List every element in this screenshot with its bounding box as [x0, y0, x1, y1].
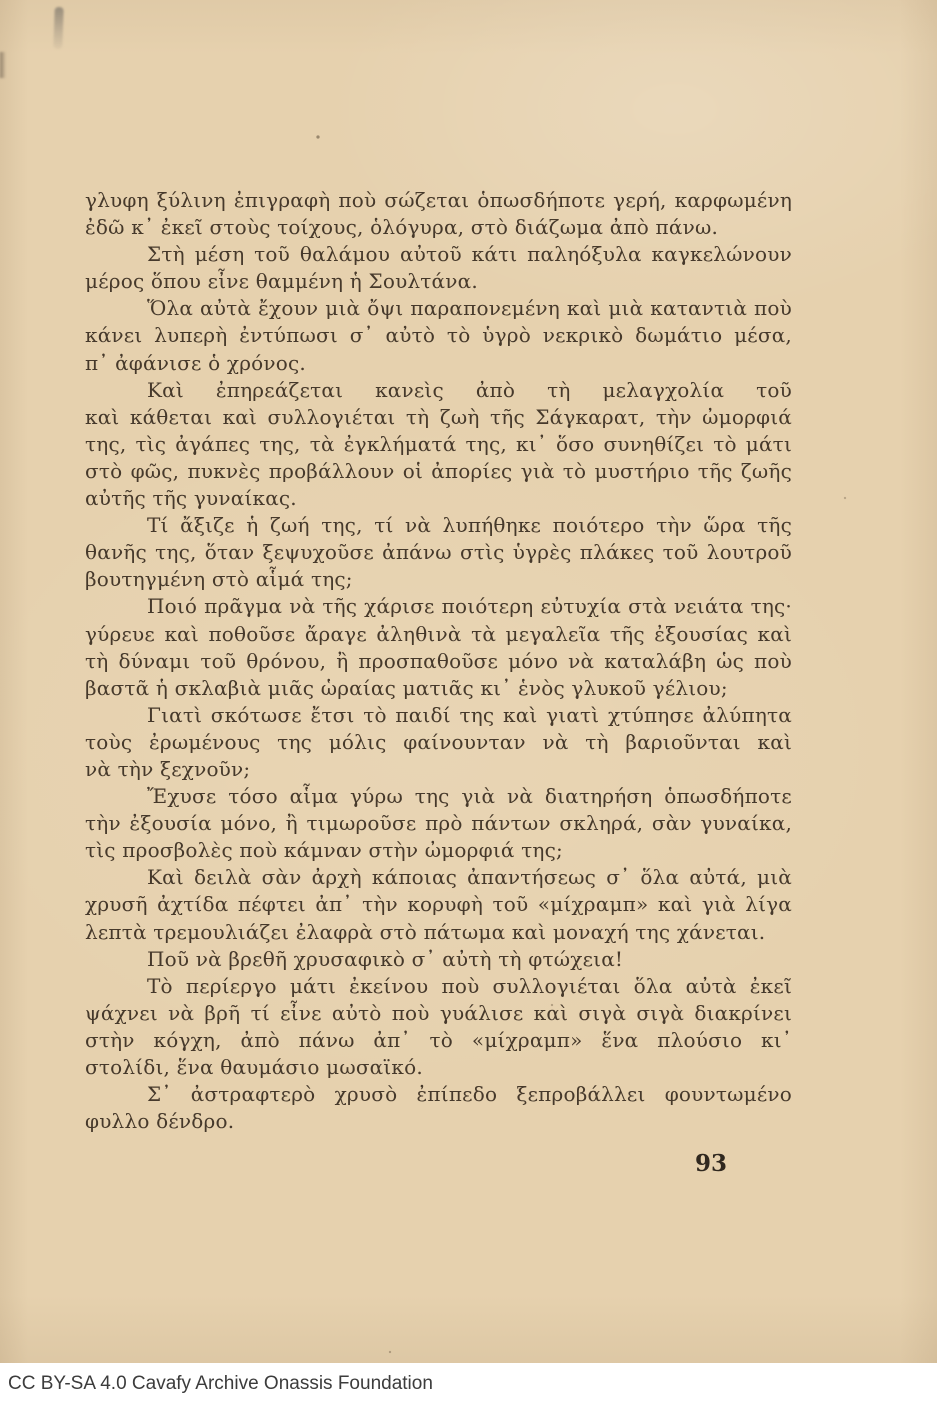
text-line: Καὶ ἐπηρεάζεται κανεὶς ἀπὸ τὴ μελαγχολία… — [85, 377, 792, 404]
text-line: Ὅλα αὐτὰ ἔχουν μιὰ ὄψι παραπονεμένη καὶ … — [85, 295, 792, 322]
text-line: ἐδῶ κ᾽ ἐκεῖ στοὺς τοίχους, ὁλόγυρα, στὸ … — [85, 214, 792, 241]
paragraph: Καὶ δειλὰ σὰν ἀρχὴ κάποιας ἀπαντήσεως σ᾽… — [85, 864, 792, 945]
license-text: CC BY-SA 4.0 Cavafy Archive Onassis Foun… — [8, 1373, 433, 1395]
text-line: στολίδι, ἕνα θαυμάσιο μωσαϊκό. — [85, 1054, 792, 1081]
text-line: Γιατὶ σκότωσε ἔτσι τὸ παιδί της καὶ γιατ… — [85, 702, 792, 729]
text-line: της, τὶς ἀγάπες της, τὰ ἐγκλήματά της, κ… — [85, 431, 792, 458]
text-line: μέρος ὅπου εἶνε θαμμένη ἡ Σουλτάνα. — [85, 268, 792, 295]
text-line: Σ᾽ ἀστραφτερὸ χρυσὸ ἐπίπεδο ξεπροβάλλει … — [85, 1081, 792, 1108]
text-line: τὴν ἐξουσία μόνο, ἢ τιμωροῦσε πρὸ πάντων… — [85, 810, 792, 837]
text-line: φυλλο δένδρο. — [85, 1108, 792, 1135]
page-edge-smudge — [0, 52, 6, 78]
text-line: νὰ τὴν ξεχνοῦν; — [85, 756, 792, 783]
paragraph: Ὅλα αὐτὰ ἔχουν μιὰ ὄψι παραπονεμένη καὶ … — [85, 295, 792, 376]
text-line: π᾽ ἀφάνισε ὁ χρόνος. — [85, 350, 792, 377]
paragraph: Ἔχυσε τόσο αἷμα γύρω της γιὰ νὰ διατηρήσ… — [85, 783, 792, 864]
paragraph: Ποιό πρᾶγμα νὰ τῆς χάρισε ποιότερη εὐτυχ… — [85, 593, 792, 701]
text-line: τὶς προσβολὲς ποὺ κάμναν στὴν ὠμορφιά τη… — [85, 837, 792, 864]
text-line: Τί ἄξιζε ἡ ζωή της, τί νὰ λυπήθηκε ποιότ… — [85, 512, 792, 539]
text-line: Ἔχυσε τόσο αἷμα γύρω της γιὰ νὰ διατηρήσ… — [85, 783, 792, 810]
text-line: λεπτὰ τρεμουλιάζει ἐλαφρὰ στὸ πάτωμα καὶ… — [85, 919, 792, 946]
license-bar: CC BY-SA 4.0 Cavafy Archive Onassis Foun… — [0, 1363, 937, 1405]
paragraph: Στὴ μέση τοῦ θαλάμου αὐτοῦ κάτι παληόξυλ… — [85, 241, 792, 295]
text-line: Στὴ μέση τοῦ θαλάμου αὐτοῦ κάτι παληόξυλ… — [85, 241, 792, 268]
text-line: στὴν κόγχη, ἀπὸ πάνω ἀπ᾽ τὸ «μίχραμπ» ἕν… — [85, 1027, 792, 1054]
page-number: 93 — [688, 1150, 734, 1177]
text-line: Ποῦ νὰ βρεθῆ χρυσαφικὸ σ᾽ αὐτὴ τὴ φτώχει… — [85, 946, 792, 973]
page-text: γλυφη ξύλινη ἐπιγραφὴ ποὺ σώζεται ὁπωσδή… — [85, 187, 792, 1135]
text-line: στὸ φῶς, πυκνὲς προβάλλουν οἱ ἀπορίες γι… — [85, 458, 792, 485]
text-line: καὶ κάθεται καὶ συλλογιέται τὴ ζωὴ τῆς Σ… — [85, 404, 792, 431]
pencil-smudge-mark — [53, 7, 63, 49]
text-line: Καὶ δειλὰ σὰν ἀρχὴ κάποιας ἀπαντήσεως σ᾽… — [85, 864, 792, 891]
scanned-page: γλυφη ξύλινη ἐπιγραφὴ ποὺ σώζεται ὁπωσδή… — [0, 0, 937, 1363]
text-line: γλυφη ξύλινη ἐπιγραφὴ ποὺ σώζεται ὁπωσδή… — [85, 187, 792, 214]
text-line: κάνει λυπερὴ ἐντύπωσι σ᾽ αὐτὸ τὸ ὑγρὸ νε… — [85, 322, 792, 349]
paragraph: Σ᾽ ἀστραφτερὸ χρυσὸ ἐπίπεδο ξεπροβάλλει … — [85, 1081, 792, 1135]
text-line: βουτηγμένη στὸ αἷμά της; — [85, 566, 792, 593]
text-line: θανῆς της, ὅταν ξεψυχοῦσε ἀπάνω στὶς ὑγρ… — [85, 539, 792, 566]
paragraph: Ποῦ νὰ βρεθῆ χρυσαφικὸ σ᾽ αὐτὴ τὴ φτώχει… — [85, 946, 792, 973]
paragraph: Γιατὶ σκότωσε ἔτσι τὸ παιδί της καὶ γιατ… — [85, 702, 792, 783]
text-line: τὴ δύναμι τοῦ θρόνου, ἢ προσπαθοῦσε μόνο… — [85, 648, 792, 675]
text-line: βαστᾶ ἡ σκλαβιὰ μιᾶς ὡραίας ματιᾶς κι᾽ ἑ… — [85, 675, 792, 702]
paragraph: γλυφη ξύλινη ἐπιγραφὴ ποὺ σώζεται ὁπωσδή… — [85, 187, 792, 241]
text-line: αὐτῆς τῆς γυναίκας. — [85, 485, 792, 512]
paragraph: Τί ἄξιζε ἡ ζωή της, τί νὰ λυπήθηκε ποιότ… — [85, 512, 792, 593]
text-line: γύρευε καὶ ποθοῦσε ἄραγε ἀληθινὰ τὰ μεγα… — [85, 621, 792, 648]
paragraph: Τὸ περίεργο μάτι ἐκείνου ποὺ συλλογιέται… — [85, 973, 792, 1081]
text-line: Ποιό πρᾶγμα νὰ τῆς χάρισε ποιότερη εὐτυχ… — [85, 593, 792, 620]
text-line: Τὸ περίεργο μάτι ἐκείνου ποὺ συλλογιέται… — [85, 973, 792, 1000]
text-line: χρυσῆ ἀχτίδα πέφτει ἀπ᾽ τὴν κορυφὴ τοῦ «… — [85, 891, 792, 918]
text-line: ψάχνει νὰ βρῆ τί εἶνε αὐτὸ ποὺ γυάλισε κ… — [85, 1000, 792, 1027]
text-line: τοὺς ἐρωμένους της μόλις φαίνουνταν νὰ τ… — [85, 729, 792, 756]
paragraph: Καὶ ἐπηρεάζεται κανεὶς ἀπὸ τὴ μελαγχολία… — [85, 377, 792, 512]
